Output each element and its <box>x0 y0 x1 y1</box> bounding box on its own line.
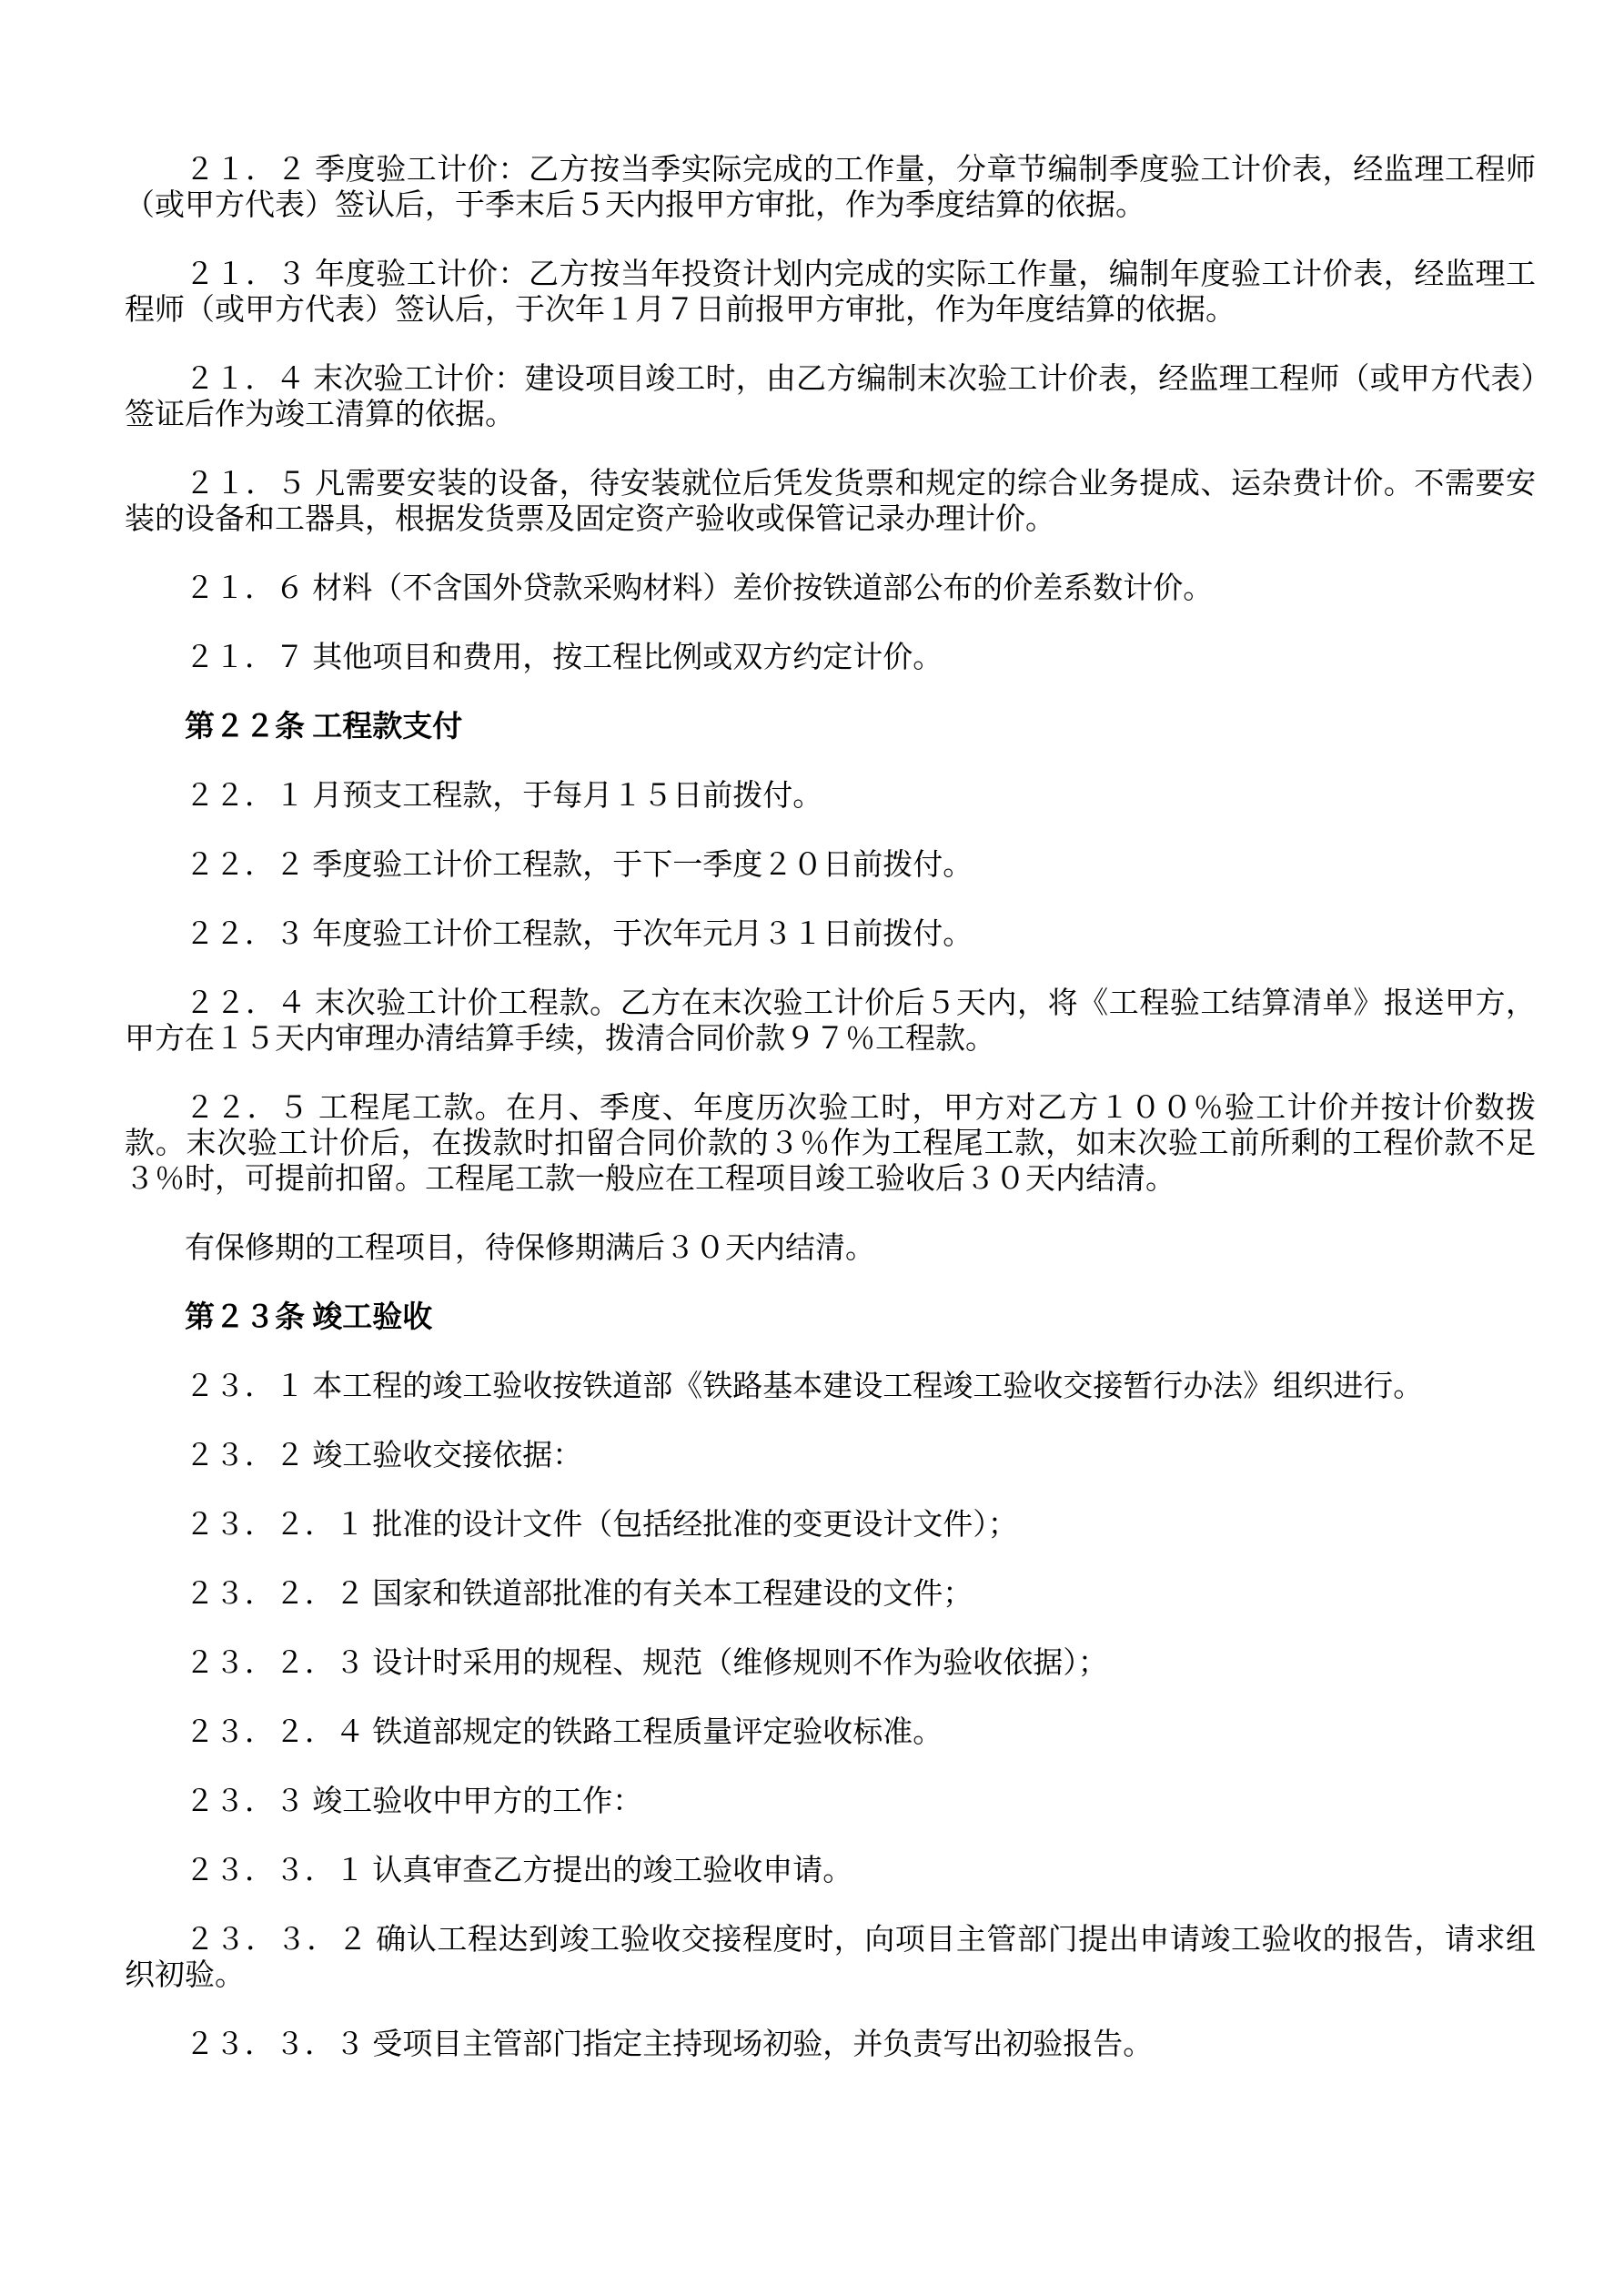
clause-23-3: ２３．３ 竣工验收中甲方的工作： <box>125 1785 1536 1820</box>
clause-23-1: ２３．１ 本工程的竣工验收按铁道部《铁路基本建设工程竣工验收交接暂行办法》组织进… <box>125 1370 1536 1405</box>
clause-21-5: ２１．５ 凡需要安装的设备，待安装就位后凭发货票和规定的综合业务提成、运杂费计价… <box>125 467 1536 538</box>
clause-22-2: ２２．２ 季度验工计价工程款，于下一季度２０日前拨付。 <box>125 848 1536 884</box>
clause-23-3-3: ２３．３．３ 受项目主管部门指定主持现场初验，并负责写出初验报告。 <box>125 2028 1536 2063</box>
clause-21-3: ２１．３ 年度验工计价：乙方按当年投资计划内完成的实际工作量，编制年度验工计价表… <box>125 258 1536 329</box>
clause-21-2: ２１．２ 季度验工计价：乙方按当季实际完成的工作量，分章节编制季度验工计价表，经… <box>125 153 1536 224</box>
clause-23-2-2: ２３．２．２ 国家和铁道部批准的有关本工程建设的文件； <box>125 1577 1536 1613</box>
clause-23-3-2: ２３．３．２ 确认工程达到竣工验收交接程度时，向项目主管部门提出申请竣工验收的报… <box>125 1923 1536 1994</box>
clause-21-6: ２１．６ 材料（不含国外贷款采购材料）差价按铁道部公布的价差系数计价。 <box>125 571 1536 607</box>
clause-23-2-3: ２３．２．３ 设计时采用的规程、规范（维修规则不作为验收依据）； <box>125 1646 1536 1682</box>
contract-text-body: ２１．２ 季度验工计价：乙方按当季实际完成的工作量，分章节编制季度验工计价表，经… <box>125 153 1536 2063</box>
clause-21-7: ２１．７ 其他项目和费用，按工程比例或双方约定计价。 <box>125 641 1536 676</box>
article-23-heading: 第２３条 竣工验收 <box>125 1300 1536 1336</box>
clause-22-4: ２２．４ 末次验工计价工程款。乙方在末次验工计价后５天内，将《工程验工结算清单》… <box>125 986 1536 1057</box>
clause-23-2-4: ２３．２．４ 铁道部规定的铁路工程质量评定验收标准。 <box>125 1715 1536 1751</box>
clause-23-2-1: ２３．２．１ 批准的设计文件（包括经批准的变更设计文件）； <box>125 1508 1536 1543</box>
clause-22-3: ２２．３ 年度验工计价工程款，于次年元月３１日前拨付。 <box>125 917 1536 953</box>
clause-warranty-note: 有保修期的工程项目，待保修期满后３０天内结清。 <box>125 1231 1536 1267</box>
clause-21-4: ２１．４ 末次验工计价：建设项目竣工时，由乙方编制末次验工计价表，经监理工程师（… <box>125 362 1536 433</box>
clause-22-1: ２２．１ 月预支工程款，于每月１５日前拨付。 <box>125 779 1536 814</box>
clause-23-2: ２３．２ 竣工验收交接依据： <box>125 1439 1536 1474</box>
clause-22-5: ２２．５ 工程尾工款。在月、季度、年度历次验工时，甲方对乙方１００％验工计价并按… <box>125 1091 1536 1198</box>
article-22-heading: 第２２条 工程款支付 <box>125 710 1536 745</box>
clause-23-3-1: ２３．３．１ 认真审查乙方提出的竣工验收申请。 <box>125 1854 1536 1889</box>
document-page: ２１．２ 季度验工计价：乙方按当季实际完成的工作量，分章节编制季度验工计价表，经… <box>0 0 1624 2296</box>
